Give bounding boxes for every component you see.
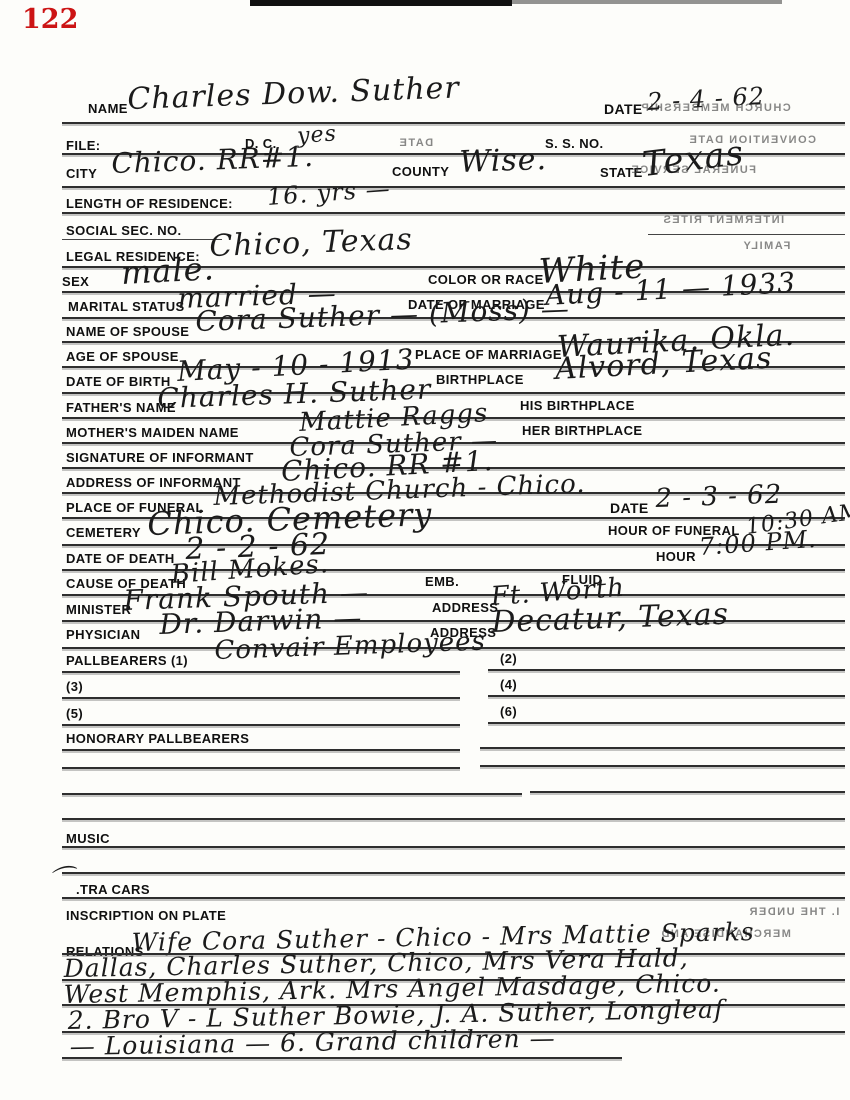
rule — [62, 186, 845, 188]
field-label-marital: MARITAL STATUS — [68, 299, 185, 314]
field-label-residence: LENGTH OF RESIDENCE: — [66, 196, 233, 211]
scan-artifact — [512, 0, 782, 4]
scanned-funeral-record: 122 NAME Charles Dow. Suther DATE CHURCH… — [0, 0, 850, 1100]
rule — [488, 669, 845, 671]
field-label-honorary: HONORARY PALLBEARERS — [66, 731, 249, 746]
field-value-physician-address: Decatur, Texas — [491, 597, 730, 640]
rule — [480, 765, 845, 767]
rule — [62, 749, 460, 751]
field-value-legal: Chico, Texas — [209, 222, 414, 264]
rule — [62, 239, 222, 240]
field-label-race: COLOR OR RACE — [428, 272, 544, 287]
field-label-pallbearers-4: (4) — [500, 677, 517, 692]
field-label-informant-signature: SIGNATURE OF INFORMANT — [66, 450, 254, 465]
field-label-his-birthplace: HIS BIRTHPLACE — [520, 398, 635, 413]
field-label-ssn-small: S. S. NO. — [545, 136, 604, 151]
rule — [62, 671, 460, 673]
field-label-city: CITY — [66, 166, 97, 181]
field-label-minister: MINISTER — [66, 602, 131, 617]
pen-mark: ⌒ — [46, 858, 79, 899]
field-value-funeral-date: 2 - 3 - 62 — [655, 480, 783, 514]
field-label-birthplace: BIRTHPLACE — [436, 372, 524, 387]
field-label-death-hour: HOUR — [656, 549, 696, 564]
field-label-emb: EMB. — [425, 574, 459, 589]
field-label-pallbearers-5: (5) — [66, 706, 83, 721]
field-label-cemetery: CEMETERY — [66, 525, 141, 540]
rule — [488, 722, 845, 724]
rule — [530, 791, 845, 793]
rule — [62, 122, 845, 124]
field-label-pallbearers-3: (3) — [66, 679, 83, 694]
field-label-pallbearers-2: (2) — [500, 651, 517, 666]
field-value-county: Wise. — [459, 142, 548, 180]
field-label-social: SOCIAL SEC. NO. — [66, 223, 182, 238]
field-label-pallbearers-6: (6) — [500, 704, 517, 719]
field-label-her-birthplace: HER BIRTHPLACE — [522, 423, 642, 438]
field-value-name: Charles Dow. Suther — [127, 70, 460, 117]
field-label-music: MUSIC — [66, 831, 110, 846]
field-label-extra-cars: .TRA CARS — [76, 882, 150, 897]
bleed-date: DATE — [398, 137, 433, 149]
bleed-family: FAMILY — [742, 240, 790, 252]
field-label-spouse-age: AGE OF SPOUSE — [66, 349, 179, 364]
rule — [62, 1057, 622, 1059]
field-label-minister-address: ADDRESS — [432, 600, 498, 615]
field-label-mother: MOTHER'S MAIDEN NAME — [66, 425, 239, 440]
rule — [62, 872, 845, 874]
field-label-death-date: DATE OF DEATH — [66, 551, 175, 566]
rule — [648, 234, 845, 235]
rule — [480, 747, 845, 749]
field-label-date: DATE — [604, 101, 643, 117]
rule — [62, 724, 460, 726]
field-value-city: Chico. RR#1. — [111, 140, 315, 180]
rule — [62, 846, 845, 848]
page-number: 122 — [22, 4, 78, 35]
field-label-place-of-marriage: PLACE OF MARRIAGE — [415, 347, 562, 362]
field-label-county: COUNTY — [392, 164, 449, 179]
field-label-name: NAME — [88, 101, 128, 116]
rule — [62, 818, 845, 820]
field-label-physician: PHYSICIAN — [66, 627, 140, 642]
rule — [488, 695, 845, 697]
rule — [62, 697, 460, 699]
field-value-residence: 16. yrs — — [266, 174, 391, 211]
bleed-the-under: I. THE UNDER — [748, 906, 839, 918]
field-label-pallbearers-1: PALLBEARERS (1) — [66, 653, 188, 668]
rule — [62, 767, 460, 769]
bleed-interment-rites: INTERMENT RITES — [662, 214, 784, 226]
scan-artifact — [250, 0, 512, 6]
field-label-spouse: NAME OF SPOUSE — [66, 324, 189, 339]
field-label-file: FILE: — [66, 138, 101, 153]
rule — [62, 897, 845, 899]
field-label-inscription: INSCRIPTION ON PLATE — [66, 908, 226, 923]
rule — [62, 793, 522, 795]
field-label-dob: DATE OF BIRTH — [66, 374, 171, 389]
field-value-state: Texas — [640, 133, 746, 185]
field-label-sex: SEX — [62, 274, 89, 289]
field-label-funeral-date: DATE — [610, 500, 649, 516]
